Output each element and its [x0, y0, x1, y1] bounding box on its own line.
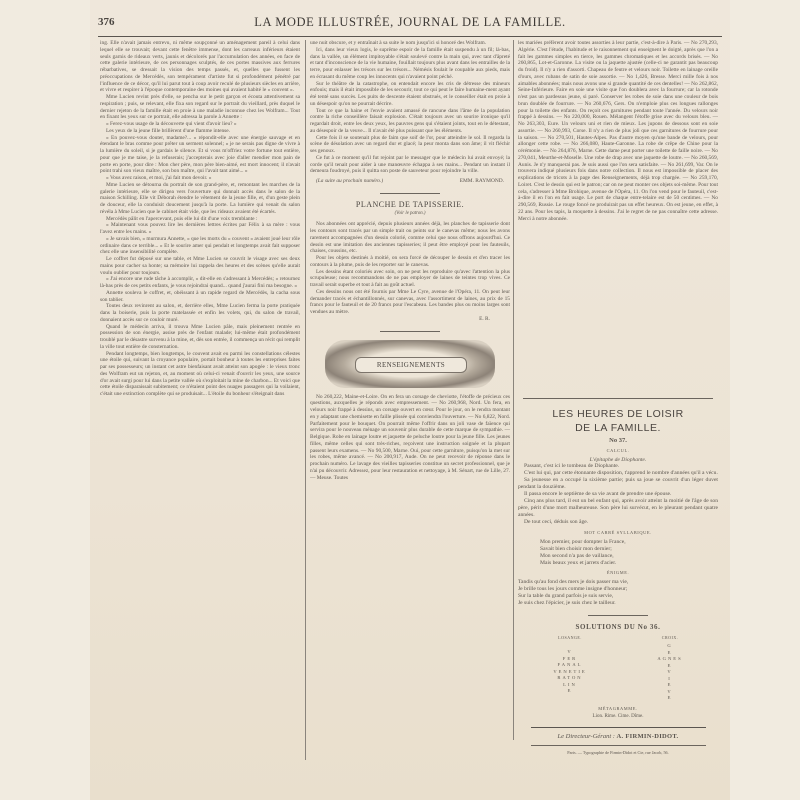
paragraph: Sur le théâtre de la catastrophe, on ent… [310, 81, 510, 108]
enigme-line: Tandis qu'au fond des mers je dois passe… [518, 579, 718, 586]
printer-imprint: Paris. — Typographie de Firmin-Didot et … [518, 750, 718, 757]
paragraph: Pendant longtemps, bien longtemps, le co… [100, 351, 300, 398]
journal-title: LA MODE ILLUSTRÉE, JOURNAL DE LA FAMILLE… [138, 15, 682, 30]
paragraph: Les yeux de la jeune fille brillèrent d'… [100, 128, 300, 135]
heures-title-line2: DE LA FAMILLE. [518, 421, 718, 435]
solution-line: E [568, 688, 573, 695]
carre-line: Mais beaux yeux et jarrets d'acier. [518, 560, 718, 567]
carre-label: MOT CARRÉ SYLLABIQUE. [518, 530, 718, 537]
paragraph: Quand le médecin arriva, il trouva Mme L… [100, 324, 300, 351]
paragraph: Les dessins étant coloriés avec soin, on… [310, 269, 510, 289]
paragraph: Mercédès pâlit en l'apercevant, puis ell… [100, 216, 300, 223]
to-be-continued: (La suite au prochain numéro.) [316, 178, 383, 185]
footer-rule [531, 745, 706, 746]
renseignements-title: RENSEIGNEMENTS [355, 357, 467, 373]
paragraph: « Ferez-vous usage de la découverte qui … [100, 121, 300, 128]
paragraph: Tout ce que la haine et l'envie avaient … [310, 108, 510, 135]
metagramme-label: MÉTAGRAMME. [518, 706, 718, 713]
paragraph: ing. Elle n'avait jamais entrevu, ni mêm… [100, 40, 300, 94]
column-right: les mariées préfèrent avoir toutes assor… [518, 40, 718, 780]
paragraph: Ici, dans leur vieux logis, le suprême e… [310, 47, 510, 81]
paragraph: « J'ai encore une rude tâche à accomplir… [100, 276, 300, 290]
director-line: Le Directeur-Gérant : A. FIRMIN-DIDOT. [518, 734, 718, 741]
carre-line: Mon premier, pour dompter la France, [518, 539, 718, 546]
paragraph: les mariées préfèrent avoir toutes assor… [518, 40, 718, 222]
metagramme-answer: Lion. Rime. Cime. Dîme. [518, 714, 718, 721]
tapisserie-subtitle: (Voir le patron.) [310, 211, 510, 218]
solutions-grid: LOSANGE. V FER FANAL VENETIE RATON LIN E… [518, 635, 718, 702]
section-rule [588, 615, 648, 616]
paragraph: Toutes deux revinrent au salon, et, derr… [100, 303, 300, 323]
enigme-line: Je brille tous les jours comme insigne d… [518, 586, 718, 593]
paragraph: « En pouvez-vous douter, madame?... » ré… [100, 135, 300, 176]
author-name: EMM. RAYMOND. [460, 178, 504, 185]
paragraph: « Je savais bien, » murmura Annette, « q… [100, 236, 300, 256]
renseignements-continued: les mariées préfèrent avoir toutes assor… [518, 40, 718, 392]
issue-number: No 37. [518, 438, 718, 445]
epitaph-line: De tout ceci, déduis son âge. [518, 519, 718, 526]
section-rule [523, 398, 713, 399]
carre-line: Mon second n'a pas de vaillance, [518, 553, 718, 560]
paragraph: Ce fut à ce moment qu'il fut rejoint par… [310, 155, 510, 175]
paragraph: Nos abonnées ont apprécié, depuis plusie… [310, 221, 510, 255]
enigme-label: ÉNIGME. [518, 570, 718, 577]
paragraph: Cette fois il se soutenait plus de faim … [310, 135, 510, 155]
enigme-line: Je suis chez l'épicier, je suis chez le … [518, 600, 718, 607]
paragraph: « Vous avez raison, et moi, j'ai fait mo… [100, 175, 300, 182]
carre-line: Savait bien choisir mon dernier; [518, 546, 718, 553]
paragraph: No 260,222, Maine-et-Loire. On en fera u… [310, 394, 510, 482]
column-divider [513, 40, 514, 740]
renseignements-banner: RENSEIGNEMENTS [325, 340, 495, 388]
director-label: Le Directeur-Gérant : [558, 733, 615, 740]
tapisserie-signature: E. R. [310, 316, 490, 323]
epitaph-title: L'épitaphe de Diophante. [518, 457, 718, 464]
paragraph: « Maintenant vous pouvez lire les derniè… [100, 222, 300, 236]
paragraph: Pour les objets destinés à moitié, on se… [310, 255, 510, 269]
croix-label: CROIX. [662, 635, 678, 642]
paragraph: une nuit obscure, et y entraînait à sa s… [310, 40, 510, 47]
column-divider [305, 40, 306, 760]
losange-solution: LOSANGE. V FER FANAL VENETIE RATON LIN E [553, 635, 586, 702]
tapisserie-title: PLANCHE DE TAPISSERIE. [310, 202, 510, 209]
epitaph-line: Passant, c'est ici le tombeau de Diophan… [518, 463, 718, 470]
losange-label: LOSANGE. [558, 635, 582, 642]
croix-solution: CROIX. G E AGNES E V I E V E [657, 635, 682, 702]
page-number: 376 [98, 16, 138, 28]
paragraph: Mme Lucien revint près d'elle, se pencha… [100, 94, 300, 121]
director-name: A. FIRMIN-DIDOT. [617, 733, 679, 740]
header-rule [98, 36, 722, 37]
column-serial-story: ing. Elle n'avait jamais entrevu, ni mêm… [100, 40, 300, 760]
paragraph: Annette souleva le coffret, et, obéissan… [100, 290, 300, 304]
column-middle: une nuit obscure, et y entraînait à sa s… [310, 40, 510, 760]
paragraph: Mme Lucien se détourna du portrait de so… [100, 182, 300, 216]
footer-rule [531, 727, 706, 728]
epitaph-line: Sa jeunesse en a occupé la sixième parti… [518, 477, 718, 491]
newspaper-page: 376 LA MODE ILLUSTRÉE, JOURNAL DE LA FAM… [90, 0, 730, 800]
solution-line: E [668, 695, 673, 702]
epitaph-line: C'est lui qui, par cette étonnante dispo… [518, 470, 718, 477]
page-header: 376 LA MODE ILLUSTRÉE, JOURNAL DE LA FAM… [98, 12, 722, 32]
heures-title-line1: LES HEURES DE LOISIR [518, 407, 718, 421]
paragraph: Ces dessins nous ont été fournis par Mme… [310, 289, 510, 316]
solutions-title: SOLUTIONS DU No 36. [518, 624, 718, 631]
story-signature: (La suite au prochain numéro.) EMM. RAYM… [316, 178, 504, 185]
paragraph: Le coffret fut déposé sur une table, et … [100, 256, 300, 276]
calcul-label: CALCUL. [518, 448, 718, 455]
enigme-line: Sur la table du grand parfois je suis se… [518, 593, 718, 600]
epitaph-line: Cinq ans plus tard, il eut un bel enfant… [518, 498, 718, 519]
section-rule [380, 193, 440, 194]
heures-de-loisir-section: LES HEURES DE LOISIR DE LA FAMILLE. No 3… [518, 407, 718, 607]
section-rule [380, 331, 440, 332]
